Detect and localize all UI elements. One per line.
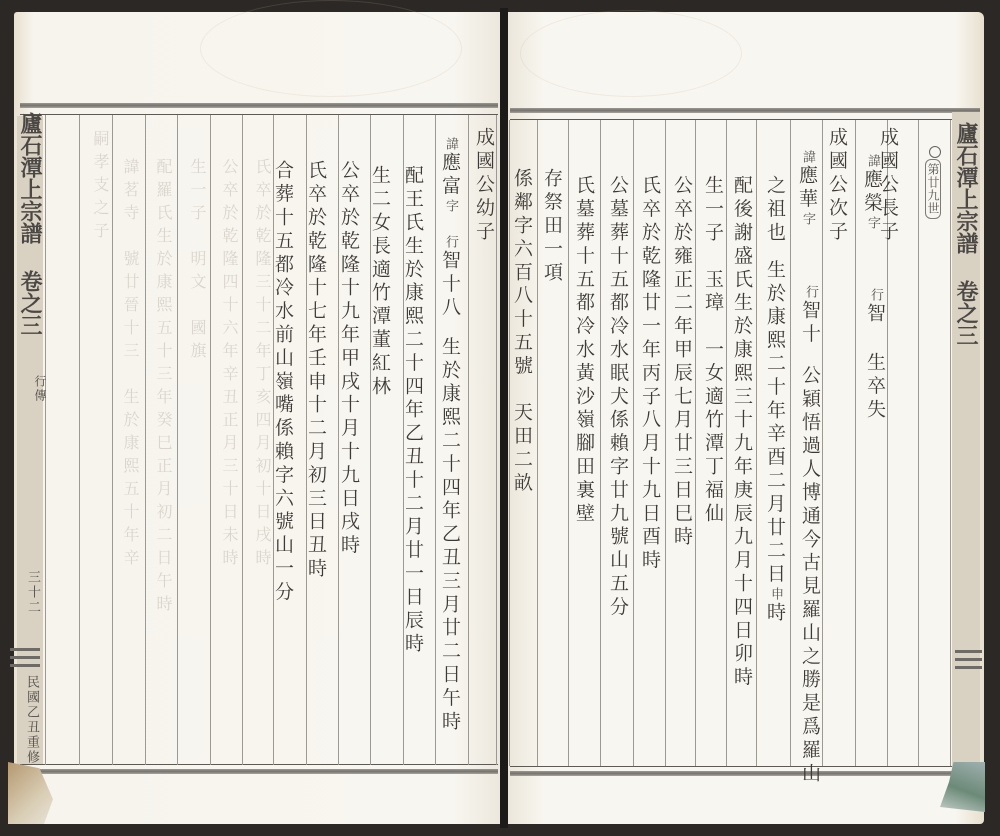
text-column: 配王氏生於康熙二十四年乙丑十二月廿一日辰時 <box>403 165 422 656</box>
right-spine-bar <box>955 658 982 661</box>
left-spine-title: 廬石潭上宗譜 卷之三 <box>19 112 41 336</box>
left-frame-top <box>20 103 498 108</box>
right-frame-bottom-line <box>510 766 980 767</box>
left-frame-bottom <box>20 769 498 774</box>
right-frame-top-line <box>510 119 980 120</box>
right-spine-title: 廬石潭上宗譜 卷之三 <box>955 122 977 346</box>
text-column: 諱應華字 <box>797 150 816 227</box>
text-column: 諱應榮字 <box>862 154 881 231</box>
text-column: 氏卒於乾隆廿一年丙子八月十九日酉時 <box>640 175 659 573</box>
text-column: 生卒失 <box>865 352 884 422</box>
text-column: 行智十公穎悟過人博通今古見羅山之勝是爲羅山 <box>800 285 819 786</box>
text-column: 之祖也生於康熙二十年辛酉二月廿二日申時 <box>765 175 784 625</box>
text-column: 氏墓葬十五都冷水黃沙嶺腳田裏壁 <box>574 175 593 526</box>
text-column: 諱應富字 <box>440 137 459 214</box>
text-column: 氏卒於乾隆十七年壬申十二月初三日丑時 <box>306 160 325 581</box>
right-spine-bar <box>955 650 982 653</box>
text-column: 公墓葬十五都冷水眠犬係賴字廿九號山五分 <box>608 175 627 620</box>
text-column: 行智十八生於康熙二十四年乙丑三月廿二日午時 <box>440 235 459 734</box>
text-column: 生一子 玉璋 一女適竹潭丁福仙 <box>703 175 722 526</box>
text-column: 配後謝盛氏生於康熙三十九年庚辰九月十四日卯時 <box>732 175 751 690</box>
left-spine-bar <box>10 664 40 667</box>
right-spine-bar <box>955 666 982 669</box>
generation-badge: 第廿九世 <box>925 159 941 219</box>
text-column: 成國公次子 <box>827 127 846 244</box>
text-column: 成國公幼子 <box>474 127 493 244</box>
water-stain <box>520 10 742 97</box>
left-spine-bar <box>10 656 40 659</box>
text-column: 生二女長適竹潭董紅林 <box>370 165 389 399</box>
water-stain <box>200 0 462 97</box>
generation-circle-mark <box>929 146 941 158</box>
text-column: 合葬十五都冷水前山嶺嘴係賴字六號山一分 <box>273 160 292 605</box>
edition-note: 民國乙丑重修 <box>25 675 38 765</box>
text-column: 行智 <box>865 288 884 326</box>
page-number: 三十二 <box>26 570 39 615</box>
text-column: 係鄰字六百八十五號 天田二畝 <box>512 168 531 496</box>
left-spine-note: 行傳 <box>34 375 46 403</box>
text-column: 存祭田一項 <box>542 168 561 285</box>
text-column: 公卒於乾隆十九年甲戌十月十九日戌時 <box>339 160 358 558</box>
right-frame-top <box>510 108 980 113</box>
left-spine-bar <box>10 648 40 651</box>
right-frame-bottom <box>510 771 980 776</box>
left-frame-bottom-line <box>20 764 498 765</box>
text-column: 公卒於雍正二年甲辰七月廿三日巳時 <box>672 175 691 549</box>
left-frame-top-line <box>20 114 498 115</box>
book-gutter <box>500 8 508 828</box>
